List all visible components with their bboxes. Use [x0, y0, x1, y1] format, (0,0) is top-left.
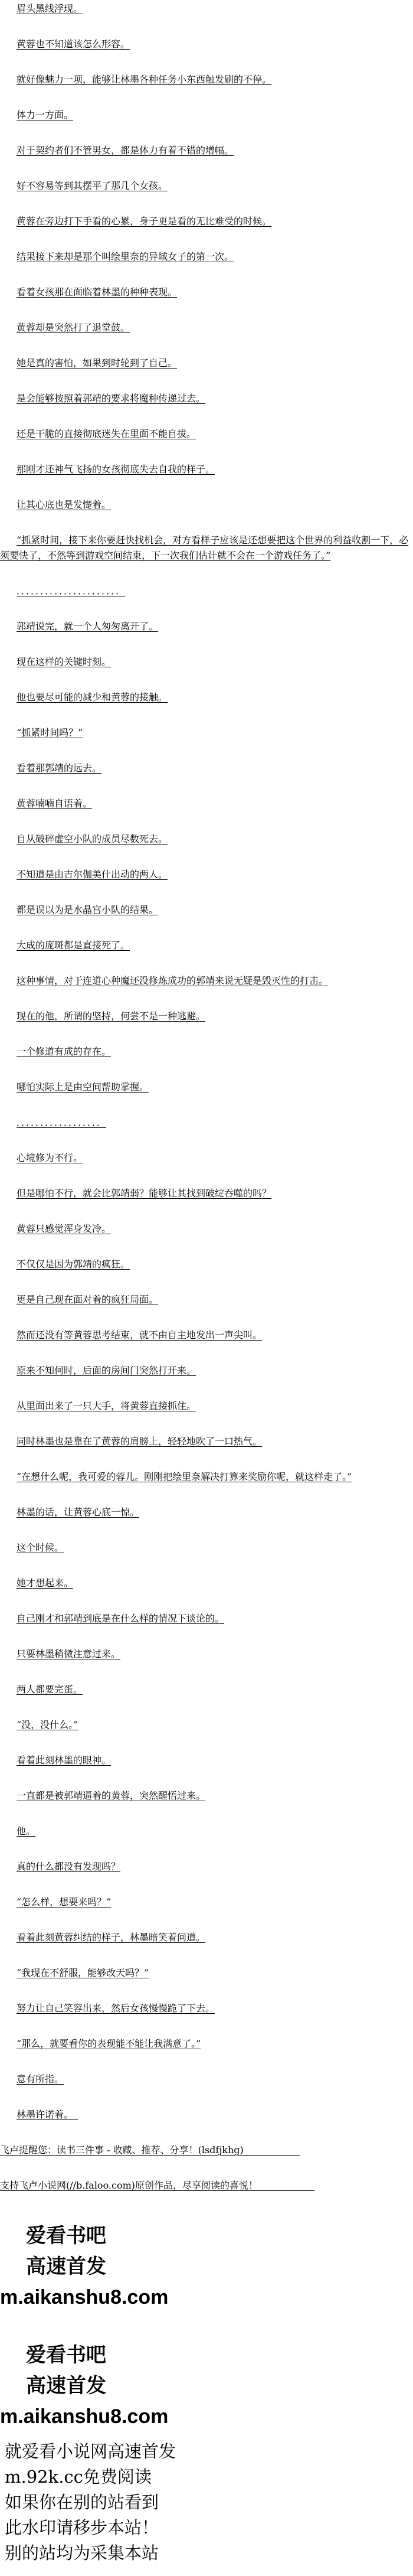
- novel-paragraph: 她才想起来。: [0, 1576, 413, 1591]
- novel-paragraph: 这个时候。: [0, 1540, 413, 1556]
- novel-paragraph: 郭靖说完，就一个人匆匆离开了。: [0, 619, 413, 634]
- novel-paragraph: 都是误以为是水晶宫小队的结果。: [0, 902, 413, 918]
- novel-paragraph: 黄蓉也不知道该怎么形容。: [0, 37, 413, 52]
- watermark-line: 就爱看小说网高速首发: [5, 2439, 413, 2464]
- novel-paragraph: 黄蓉却是突然打了退堂鼓。: [0, 320, 413, 335]
- novel-paragraph: 不仅仅是因为郭靖的疯狂。: [0, 1257, 413, 1272]
- novel-paragraph: 自己刚才和郭靖到底是在什么样的情况下谈论的。: [0, 1611, 413, 1626]
- novel-paragraph: “那么，就要看你的表现能不能让我满意了。”: [0, 2036, 413, 2052]
- novel-body: 眉头黑线浮现。黄蓉也不知道该怎么形容。就好像魅力一项，能够让林墨各种任务小东西触…: [0, 0, 413, 2193]
- novel-paragraph: 然而还没有等黄蓉思考结束，就不由自主地发出一声尖叫。: [0, 1328, 413, 1343]
- promo-tagline: 高速首发: [26, 2370, 413, 2401]
- novel-paragraph: 努力让自己笑容出来，然后女孩慢慢跪了下去。: [0, 2001, 413, 2016]
- novel-paragraph: 现在的他，所谓的坚持，何尝不是一种逃避。: [0, 1009, 413, 1024]
- novel-paragraph: 他也要尽可能的减少和黄蓉的接触。: [0, 690, 413, 705]
- novel-paragraph: 看着那郭靖的远去。: [0, 761, 413, 776]
- novel-paragraph: 同时林墨也是靠在了黄蓉的肩膀上，轻轻地吹了一口热气。: [0, 1434, 413, 1449]
- novel-paragraph: 一个修道有成的存在。: [0, 1044, 413, 1059]
- novel-paragraph: 黄蓉喃喃自语着。: [0, 796, 413, 811]
- novel-paragraph: 林墨的话，让黄蓉心底一惊。: [0, 1505, 413, 1520]
- novel-paragraph: 看着此刻黄蓉纠结的样子，林墨暗笑着问道。: [0, 1930, 413, 1945]
- novel-paragraph: “抓紧时间吗？”: [0, 725, 413, 741]
- novel-paragraph: 两人都要完蛋。: [0, 1682, 413, 1697]
- novel-paragraph: 让其心底也是发憷着。: [0, 497, 413, 513]
- novel-paragraph: “怎么样，想要来吗？”: [0, 1894, 413, 1910]
- novel-paragraph: 体力一方面。: [0, 107, 413, 123]
- novel-paragraph: 哪怕实际上是由空间帮助掌握。: [0, 1080, 413, 1095]
- novel-paragraph: 意有所指。: [0, 2072, 413, 2087]
- novel-paragraph: 现在这样的关键时刻。: [0, 654, 413, 670]
- novel-paragraph: 黄蓉在旁边打下手看的心累，身子更是看的无比难受的时候。: [0, 214, 413, 229]
- novel-paragraph: 从里面出来了一只大手，将黄蓉直接抓住。: [0, 1398, 413, 1414]
- novel-paragraph: 林墨许诺着。: [0, 2107, 413, 2122]
- ellipsis-line: ．．．．．．．．．．．．．．．．．．: [0, 1115, 413, 1130]
- watermark-line: m.92k.cc免费阅读: [5, 2464, 413, 2490]
- novel-paragraph: 他。: [0, 1824, 413, 1839]
- promo-domain: m.aikanshu8.com: [0, 2401, 413, 2432]
- watermark-line: 别的站均为采集本站: [5, 2541, 413, 2566]
- novel-paragraph: 更是自己现在面对着的疯狂局面。: [0, 1292, 413, 1307]
- novel-paragraph: 好不容易等到其摆平了那几个女孩。: [0, 178, 413, 194]
- promo-domain: m.aikanshu8.com: [0, 2282, 413, 2313]
- novel-paragraph: 自从破碎虚空小队的成员尽数死去。: [0, 832, 413, 847]
- novel-paragraph: 还是干脆的直接彻底迷失在里面不能自拔。: [0, 426, 413, 442]
- novel-paragraph: 飞卢提醒您：读书三件事 - 收藏、推荐、分享！(lsdfjkhg): [0, 2143, 413, 2158]
- novel-paragraph: 只要林墨稍微注意过来。: [0, 1646, 413, 1662]
- watermark-line: 如果你在别的站看到: [5, 2490, 413, 2515]
- novel-paragraph: 一直都是被郭靖逼着的黄蓉，突然醒悟过来。: [0, 1788, 413, 1804]
- novel-paragraph: 眉头黑线浮现。: [0, 1, 413, 17]
- novel-paragraph: 不知道是由吉尔伽美什出动的两人。: [0, 867, 413, 882]
- novel-paragraph: 看着此刻林墨的眼神。: [0, 1753, 413, 1768]
- novel-paragraph: 结果接下来却是那个叫绘里奈的异域女子的第一次。: [0, 249, 413, 265]
- promo-tagline: 高速首发: [26, 2251, 413, 2282]
- novel-paragraph: 真的什么都没有发现吗？: [0, 1859, 413, 1874]
- novel-paragraph: 对于契约者们不管男女，都是体力有着不错的增幅。: [0, 143, 413, 158]
- novel-paragraph: 心境修为不行。: [0, 1150, 413, 1166]
- promo-site-name: 爱看书吧: [26, 2340, 413, 2370]
- novel-paragraph: 就好像魅力一项，能够让林墨各种任务小东西触发刷的不停。: [0, 72, 413, 87]
- novel-paragraph: 是会能够按照着郭靖的要求将魔种传递过去。: [0, 391, 413, 406]
- novel-paragraph: 看着女孩那在面临着林墨的种种表现。: [0, 285, 413, 300]
- ellipsis-line: ．．．．．．．．．．．．．．．．．．．．．．: [0, 583, 413, 599]
- novel-paragraph: “我现在不舒服，能够改天吗？”: [0, 1965, 413, 1981]
- promo-site-name: 爱看书吧: [26, 2220, 413, 2251]
- watermark-line: 此水印请移步本站！: [5, 2515, 413, 2541]
- novel-paragraph: 大成的庞斑都是直接死了。: [0, 938, 413, 953]
- novel-paragraph: 那刚才还神气飞扬的女孩彻底失去自我的样子。: [0, 462, 413, 477]
- promo-block-2: 爱看书吧 高速首发 m.aikanshu8.com: [0, 2340, 413, 2432]
- novel-paragraph: 黄蓉只感觉浑身发冷。: [0, 1221, 413, 1237]
- novel-paragraph: 支持飞卢小说网(//b.faloo.com)原创作品，尽享阅读的喜悦！: [0, 2178, 413, 2193]
- novel-paragraph: 她是真的害怕，如果到时轮到了自己。: [0, 356, 413, 371]
- novel-paragraph: 这种事情，对于连道心种魔还没修炼成功的郭靖来说无疑是毁灭性的打击。: [0, 973, 413, 989]
- promo-block-1: 爱看书吧 高速首发 m.aikanshu8.com: [0, 2220, 413, 2313]
- watermark-block: 就爱看小说网高速首发 m.92k.cc免费阅读 如果你在别的站看到 此水印请移步…: [0, 2439, 413, 2566]
- novel-paragraph: 但是哪怕不行，就会比郭靖弱？能够让其找到破绽吞噬的吗？: [0, 1186, 413, 1201]
- novel-paragraph: 原来不知何时，后面的房间门突然打开来。: [0, 1363, 413, 1378]
- novel-paragraph: “在想什么呢，我可爱的蓉儿。刚刚把绘里奈解决打算来奖励你呢，就这样走了。”: [0, 1469, 413, 1485]
- novel-paragraph: “抓紧时间，接下来你要赶快找机会，对方看样子应该是还想要把这个世界的利益收割一下…: [0, 533, 413, 563]
- novel-paragraph: “没，没什么。”: [0, 1717, 413, 1733]
